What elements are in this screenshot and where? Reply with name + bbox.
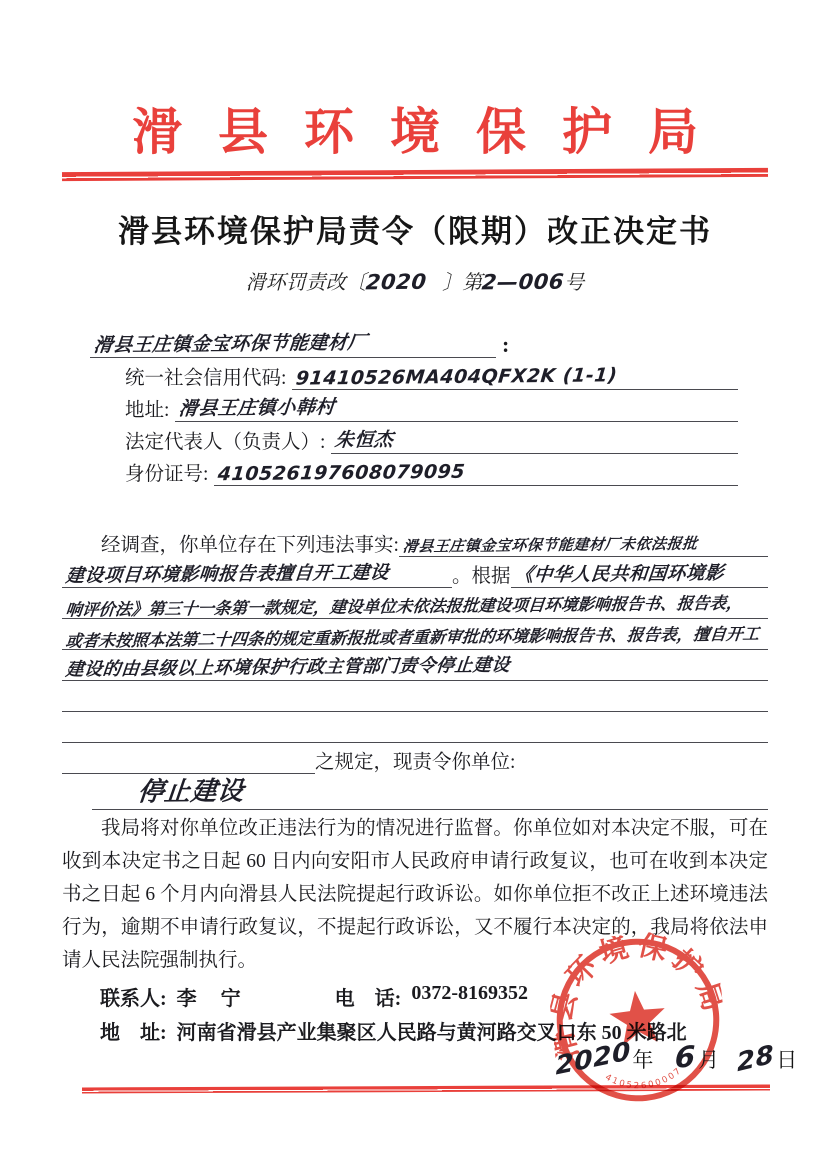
ruling-intro-text: 之规定，现责令你单位: <box>315 746 515 774</box>
credit-code-row: 统一社会信用代码: 91410526MA404QFX2K (1-1) <box>90 358 738 390</box>
facts-line-4: 或者未按照本法第二十四条的规定重新报批或者重新审批的环境影响报告书、报告表，擅自… <box>62 619 768 650</box>
recipient-colon: : <box>496 332 509 358</box>
facts-blank-line-1 <box>62 681 768 712</box>
facts-line-5: 建设的由县级以上环境保护行政主管部门责令停止建设 <box>62 650 768 681</box>
facts-handwritten-4: 或者未按照本法第二十四条的规定重新报批或者重新审批的环境影响报告书、报告表，擅自… <box>65 620 761 651</box>
facts-fill-3: 响评价法》第三十一条第一款规定，建设单位未依法报批建设项目环境影响报告书、报告表… <box>62 593 768 619</box>
facts-fill-4: 或者未按照本法第二十四条的规定重新报批或者重新审批的环境影响报告书、报告表，擅自… <box>62 624 768 650</box>
contact-name: 李 宁 <box>177 982 243 1011</box>
facts-blank-line-2 <box>62 712 768 743</box>
scanned-document-page: 滑县环境保护局 滑县环境保护局责令（限期）改正决定书 滑环罚责改〔2020〕第2… <box>0 0 829 1173</box>
facts-intro: 经调查，你单位存在下列违法事实: <box>62 529 399 557</box>
address-handwritten: 滑县王庄镇小韩村 <box>178 392 337 421</box>
credit-code-handwritten: 91410526MA404QFX2K (1-1) <box>295 364 618 389</box>
document-title: 滑县环境保护局责令（限期）改正决定书 <box>62 206 768 251</box>
date-year-unit: 年 <box>632 1044 653 1074</box>
address-row: 地址: 滑县王庄镇小韩村 <box>90 390 738 422</box>
facts-fill-1: 滑县王庄镇金宝环保节能建材厂未依法报批 <box>399 531 768 557</box>
legal-rep-label: 法定代表人（负责人）: <box>125 426 331 454</box>
address-label: 地址: <box>125 394 175 422</box>
order-handwritten: 停止建设 <box>136 770 246 808</box>
docno-number-handwritten: 2—006 <box>481 270 565 295</box>
facts-line-2: 建设项目环境影响报告表擅自开工建设 。根据 《中华人民共和国环境影 <box>62 557 768 588</box>
facts-line-1: 经调查，你单位存在下列违法事实: 滑县王庄镇金宝环保节能建材厂未依法报批 <box>62 526 768 557</box>
official-seal: 滑县环境保护局 41052600007 <box>543 925 732 1114</box>
facts-handwritten-5: 建设的由县级以上环境保护行政主管部门责令停止建设 <box>65 651 512 682</box>
id-number-handwritten: 410526197608079095 <box>217 461 466 486</box>
date-month-handwritten: 6 <box>675 1039 697 1075</box>
phone-label: 电 话: <box>335 982 402 1011</box>
violation-facts-block: 经调查，你单位存在下列违法事实: 滑县王庄镇金宝环保节能建材厂未依法报批 建设项… <box>62 526 768 810</box>
facts-fill-2b: 《中华人民共和国环境影 <box>511 560 768 588</box>
id-number-label: 身份证号: <box>125 458 214 486</box>
document-number: 滑环罚责改〔2020〕第2—006号 <box>62 266 768 295</box>
facts-fill-2a: 建设项目环境影响报告表擅自开工建设 <box>62 560 452 588</box>
contact-line: 联系人: 李 宁 电 话: 0372-8169352 <box>100 982 528 1011</box>
recipient-fill-line: 滑县王庄镇金宝环保节能建材厂 <box>90 329 496 358</box>
docno-year-handwritten: 2020 <box>365 270 428 295</box>
recipient-row: 滑县王庄镇金宝环保节能建材厂: <box>90 326 738 358</box>
bureau-address-label: 地 址: <box>100 1016 167 1045</box>
legal-rep-handwritten: 朱恒杰 <box>334 425 395 453</box>
ruling-intro-line: 之规定，现责令你单位: <box>62 743 768 774</box>
agency-letterhead: 滑县环境保护局 <box>62 92 768 164</box>
date-month-unit: 月 <box>698 1044 719 1074</box>
facts-printed-genju: 。根据 <box>452 560 511 588</box>
order-fill-line: 停止建设 <box>92 771 768 810</box>
legal-rep-row: 法定代表人（负责人）: 朱恒杰 <box>90 422 738 454</box>
seal-star-icon <box>607 988 668 1046</box>
blank-fill-line <box>62 717 768 743</box>
address-fill-line: 滑县王庄镇小韩村 <box>175 393 738 422</box>
facts-line-3: 响评价法》第三十一条第一款规定，建设单位未依法报批建设项目环境影响报告书、报告表… <box>62 588 768 619</box>
facts-fill-5: 建设的由县级以上环境保护行政主管部门责令停止建设 <box>62 653 768 681</box>
date-day-handwritten: 28 <box>736 1040 776 1078</box>
facts-handwritten-3: 响评价法》第三十一条第一款规定，建设单位未依法报批建设项目环境影响报告书、报告表… <box>65 589 744 620</box>
identity-fields: 滑县王庄镇金宝环保节能建材厂: 统一社会信用代码: 91410526MA404Q… <box>90 326 738 486</box>
docno-mid: 〕第 <box>442 272 482 294</box>
date-day-unit: 日 <box>776 1044 797 1074</box>
letterhead-divider <box>62 168 768 181</box>
order-line: 停止建设 <box>62 774 768 810</box>
contact-label: 联系人: <box>100 982 167 1011</box>
docno-suffix: 号 <box>564 272 584 294</box>
legal-rep-fill-line: 朱恒杰 <box>331 425 738 454</box>
docno-prefix: 滑环罚责改〔 <box>246 272 366 294</box>
id-number-row: 身份证号: 410526197608079095 <box>90 454 738 486</box>
facts-handwritten-2a: 建设项目环境影响报告表擅自开工建设 <box>65 558 391 587</box>
facts-handwritten-2b: 《中华人民共和国环境影 <box>513 559 725 587</box>
recipient-name-handwritten: 滑县王庄镇金宝环保节能建材厂 <box>93 328 369 358</box>
phone-number: 0372-8169352 <box>411 982 528 1011</box>
credit-code-fill-line: 91410526MA404QFX2K (1-1) <box>292 364 738 390</box>
credit-code-label: 统一社会信用代码: <box>125 362 292 390</box>
blank-fill-line <box>62 686 768 712</box>
id-number-fill-line: 410526197608079095 <box>214 460 738 486</box>
issue-date: 2020 年 6 月 28 日 <box>556 1040 799 1074</box>
facts-handwritten-1: 滑县王庄镇金宝环保节能建材厂未依法报批 <box>402 532 699 556</box>
